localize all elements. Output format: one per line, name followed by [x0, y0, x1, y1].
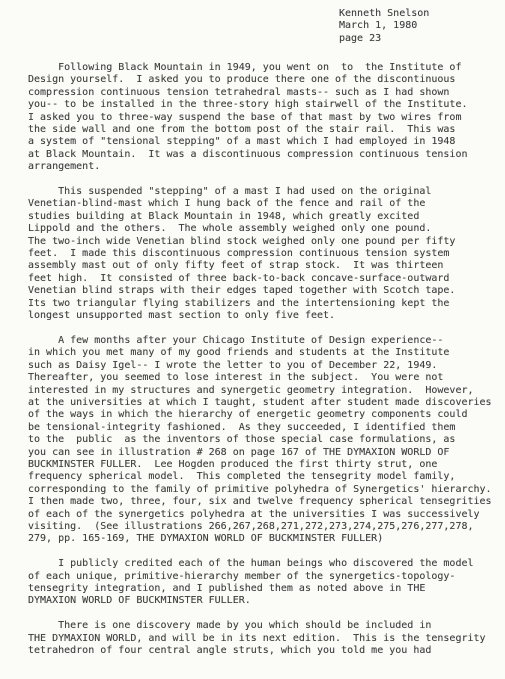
paragraph-publicly-credited: I publicly credited each of the human be…	[28, 558, 498, 608]
letter-header: Kenneth Snelson March 1, 1980 page 23	[339, 8, 429, 45]
letter-page: Kenneth Snelson March 1, 1980 page 23 Fo…	[0, 0, 505, 679]
paragraph-chicago-institute: A few months after your Chicago Institut…	[28, 335, 498, 546]
paragraph-one-discovery: There is one discovery made by you which…	[28, 620, 498, 657]
paragraph-suspended-stepping: This suspended "stepping" of a mast I ha…	[28, 186, 498, 322]
paragraph-following-black-mountain: Following Black Mountain in 1949, you we…	[28, 62, 498, 174]
letter-body: Following Black Mountain in 1949, you we…	[28, 62, 498, 657]
